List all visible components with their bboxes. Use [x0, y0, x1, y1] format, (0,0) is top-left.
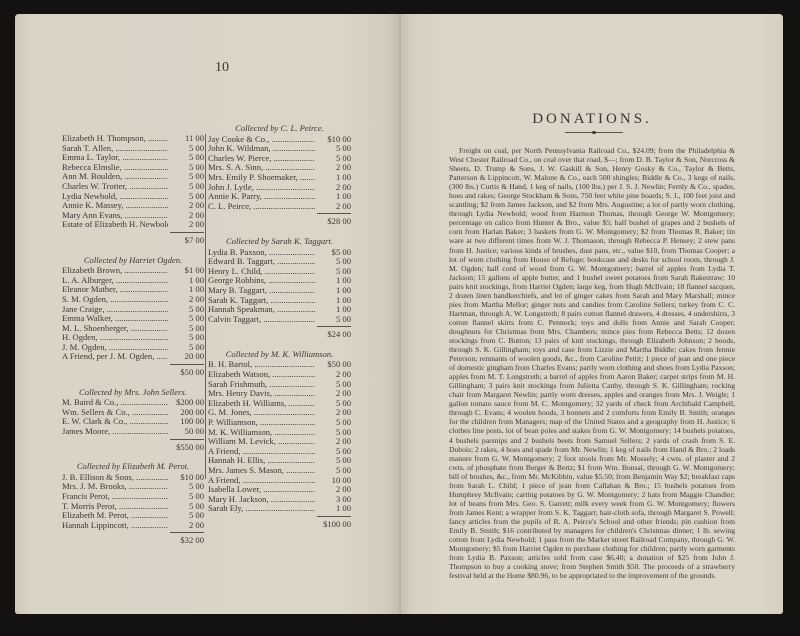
- donor-row: Sarah Frishmuth,5 00: [208, 380, 351, 390]
- donor-name: Estate of Elizabeth H. Newbold,: [62, 220, 168, 230]
- donor-row: Hannah Speakman,1 00: [208, 305, 351, 315]
- title-ornament-rule: [565, 132, 623, 133]
- donor-row: Emma L. Taylor,5 00: [62, 153, 204, 163]
- donor-amount: 2 00: [315, 202, 351, 212]
- donor-row: James Moore,50 00: [62, 427, 204, 437]
- donor-row: Francis Perot,5 00: [62, 492, 204, 502]
- donor-name: John K. Wildman,: [208, 144, 315, 154]
- donor-row: John J. Lytle,2 00: [208, 183, 351, 193]
- donor-name: G. M. Jones,: [208, 408, 315, 418]
- total-rule: [317, 516, 351, 517]
- donor-row: Charles W. Trotter,5 00: [62, 182, 204, 192]
- donor-row: George Robbins,1 00: [208, 276, 351, 286]
- donor-name: Hannah Lippincott,: [62, 521, 168, 531]
- donor-name: William M. Levick,: [208, 437, 315, 447]
- donor-name: Mrs. S. A. Sinn,: [208, 163, 315, 173]
- right-page: DONATIONS. Freight on coal, per North Pe…: [401, 14, 783, 614]
- donations-body: Freight on coal, per North Pennsylvania …: [449, 146, 735, 580]
- donor-row: Elizabeth M. Perot,5 00: [62, 511, 204, 521]
- donor-row: Sarah Ely,1 00: [208, 504, 351, 514]
- donor-row: B. H. Bartol,$50 00: [208, 360, 351, 370]
- donor-name: Mrs. J. M. Brooks,: [62, 482, 168, 492]
- donor-row: William M. Levick,2 00: [208, 437, 351, 447]
- donor-amount: 2 00: [168, 220, 204, 230]
- donor-name: Mrs. Henry Davis,: [208, 389, 315, 399]
- donor-name: Mrs. James S. Mason,: [208, 466, 315, 476]
- donor-name: M. Baird & Co.,: [62, 398, 168, 408]
- donor-row: Mrs. S. A. Sinn,2 00: [208, 163, 351, 173]
- donor-name: A Friend, per J. M. Ogden,: [62, 352, 168, 362]
- donor-name: Mary Ann Evans,: [62, 211, 168, 221]
- donor-row: Eleanor Mather,1 00: [62, 285, 204, 295]
- donor-name: Sarah Frishmuth,: [208, 380, 315, 390]
- donor-row: Calvin Taggart,5 00: [208, 315, 351, 325]
- donor-row: E. W. Clark & Co.,100 00: [62, 417, 204, 427]
- donor-name: Elizabeth Brown,: [62, 266, 168, 276]
- donor-row: M. K. Williamson,5 00: [208, 428, 351, 438]
- donor-row: Mrs. Henry Davis,2 00: [208, 389, 351, 399]
- donor-row: A Friend,5 00: [208, 447, 351, 457]
- donor-row: Annie K. Parry,1 00: [208, 192, 351, 202]
- donor-name: Elizabeth Watson,: [208, 370, 315, 380]
- donor-row: Mary H. Jackson,3 00: [208, 495, 351, 505]
- donor-name: Lydia Newbold,: [62, 192, 168, 202]
- donor-row: Sarah T. Allen,5 00: [62, 144, 204, 154]
- section-total: $28 00: [208, 217, 351, 227]
- donor-row: Mrs. James S. Mason,5 00: [208, 466, 351, 476]
- donor-name: Wm. Sellers & Co.,: [62, 408, 168, 418]
- section-total: $7 00: [62, 236, 204, 246]
- donor-name: J. M. Ogden,: [62, 343, 168, 353]
- donor-name: Sarah T. Allen,: [62, 144, 168, 154]
- donor-name: Sarah Ely,: [208, 504, 315, 514]
- donor-name: Annie K. Massey,: [62, 201, 168, 211]
- donor-row: Elizabeth H. Williams,5 00: [208, 399, 351, 409]
- donor-name: Hannah Speakman,: [208, 305, 315, 315]
- donor-name: Ann M. Boulden,: [62, 172, 168, 182]
- donor-name: P. Williamson,: [208, 418, 315, 428]
- donor-row: C. L. Peirce,2 00: [208, 202, 351, 212]
- donor-name: Mrs. Emily P. Shoemaker,: [208, 173, 315, 183]
- donor-row: L. A. Alburger,1 00: [62, 276, 204, 286]
- total-rule: [317, 326, 351, 327]
- donor-name: Elizabeth M. Perot,: [62, 511, 168, 521]
- donor-amount: 5 00: [315, 315, 351, 325]
- donor-row: Elizabeth Watson,2 00: [208, 370, 351, 380]
- donor-amount: 1 00: [315, 504, 351, 514]
- donor-row: Lydia B. Paxson,$5 00: [208, 248, 351, 258]
- donor-name: Edward B. Taggart,: [208, 257, 315, 267]
- donor-name: Francis Perot,: [62, 492, 168, 502]
- donor-row: G. M. Jones,2 00: [208, 408, 351, 418]
- donor-name: H. Ogden,: [62, 333, 168, 343]
- donor-row: Rebecca Elmslie,5 00: [62, 163, 204, 173]
- donor-row: A Friend, per J. M. Ogden,20 00: [62, 352, 204, 362]
- donor-name: A Friend,: [208, 447, 315, 457]
- donor-amount: 20 00: [168, 352, 204, 362]
- open-book: 10 Elizabeth H. Thompson,11 00Sarah T. A…: [15, 14, 783, 614]
- donor-name: Mary B. Taggart,: [208, 286, 315, 296]
- total-rule: [170, 232, 204, 233]
- donor-row: J. B. Ellison & Sons,$10 00: [62, 473, 204, 483]
- donor-name: Emma Walker,: [62, 314, 168, 324]
- donor-name: George Robbins,: [208, 276, 315, 286]
- donor-row: Sarah K. Taggart,1 00: [208, 296, 351, 306]
- collector-header: Collected by Mrs. John Sellers.: [62, 388, 204, 398]
- donor-name: Jane Craige,: [62, 305, 168, 315]
- donor-row: Edward B. Taggart,5 00: [208, 257, 351, 267]
- donor-row: Mrs. J. M. Brooks,5 00: [62, 482, 204, 492]
- donor-row: H. Ogden,5 00: [62, 333, 204, 343]
- section-total: $50 00: [62, 368, 204, 378]
- donor-name: John J. Lytle,: [208, 183, 315, 193]
- donor-row: Emma Walker,5 00: [62, 314, 204, 324]
- donor-row: S. M. Ogden,2 00: [62, 295, 204, 305]
- donor-name: E. W. Clark & Co.,: [62, 417, 168, 427]
- collector-header: Collected by Elizabeth M. Perot.: [62, 462, 204, 472]
- total-rule: [317, 213, 351, 214]
- donor-amount: 50 00: [168, 427, 204, 437]
- donor-row: Ann M. Boulden,5 00: [62, 172, 204, 182]
- donor-row: Jay Cooke & Co.,$10 00: [208, 135, 351, 145]
- donor-row: Mary Ann Evans,2 00: [62, 211, 204, 221]
- total-rule: [170, 532, 204, 533]
- donor-name: S. M. Ogden,: [62, 295, 168, 305]
- donor-name: Rebecca Elmslie,: [62, 163, 168, 173]
- donor-name: M. K. Williamson,: [208, 428, 315, 438]
- donor-row: Isabella Lower,2 00: [208, 485, 351, 495]
- donor-name: Lydia B. Paxson,: [208, 248, 315, 258]
- collector-header: Collected by C. L. Peirce.: [208, 124, 351, 134]
- donor-column-1: Elizabeth H. Thompson,11 00Sarah T. Alle…: [62, 134, 204, 546]
- donor-name: A Friend,: [208, 476, 315, 486]
- total-rule: [170, 439, 204, 440]
- donor-row: Mrs. Emily P. Shoemaker,1 00: [208, 173, 351, 183]
- donor-name: Henry L. Child,: [208, 267, 315, 277]
- donor-row: Lydia Newbold,5 00: [62, 192, 204, 202]
- donor-name: M. L. Shoenberger,: [62, 324, 168, 334]
- donor-row: Elizabeth Brown,$1 00: [62, 266, 204, 276]
- section-total: $550 00: [62, 443, 204, 453]
- donor-row: P. Williamson,5 00: [208, 418, 351, 428]
- donations-title: DONATIONS.: [401, 111, 783, 128]
- donor-row: Elizabeth H. Thompson,11 00: [62, 134, 204, 144]
- section-total: $100 00: [208, 520, 351, 530]
- donor-amount: 2 00: [168, 521, 204, 531]
- donor-name: Hannah H. Ellis,: [208, 456, 315, 466]
- donor-name: Isabella Lower,: [208, 485, 315, 495]
- donor-name: Charles W. Pierce,: [208, 154, 315, 164]
- donor-name: Elizabeth H. Thompson,: [62, 134, 168, 144]
- donor-row: Charles W. Pierce,5 00: [208, 154, 351, 164]
- donor-row: Henry L. Child,5 00: [208, 267, 351, 277]
- donor-row: J. M. Ogden,5 00: [62, 343, 204, 353]
- left-page: 10 Elizabeth H. Thompson,11 00Sarah T. A…: [15, 14, 401, 614]
- donor-row: Jane Craige,5 00: [62, 305, 204, 315]
- collector-header: Collected by M. K. Williamson.: [208, 350, 351, 360]
- donor-name: James Moore,: [62, 427, 168, 437]
- donor-name: Elizabeth H. Williams,: [208, 399, 315, 409]
- donor-name: Mary H. Jackson,: [208, 495, 315, 505]
- donor-column-2: Collected by C. L. Peirce.Jay Cooke & Co…: [208, 124, 351, 530]
- section-total: $24 00: [208, 330, 351, 340]
- section-total: $32 00: [62, 536, 204, 546]
- donor-row: Hannah H. Ellis,5 00: [208, 456, 351, 466]
- donor-row: M. L. Shoenberger,5 00: [62, 324, 204, 334]
- column-divider: [205, 134, 206, 479]
- donor-name: L. A. Alburger,: [62, 276, 168, 286]
- collector-header: Collected by Harriet Ogden.: [62, 256, 204, 266]
- donor-name: Emma L. Taylor,: [62, 153, 168, 163]
- donor-row: Annie K. Massey,2 00: [62, 201, 204, 211]
- donor-name: Calvin Taggart,: [208, 315, 315, 325]
- page-number: 10: [215, 60, 229, 76]
- donor-row: John K. Wildman,5 00: [208, 144, 351, 154]
- donor-row: T. Morris Perot,5 00: [62, 502, 204, 512]
- donor-row: Mary B. Taggart,1 00: [208, 286, 351, 296]
- donor-row: A Friend,10 00: [208, 476, 351, 486]
- donor-name: Eleanor Mather,: [62, 285, 168, 295]
- donor-name: Sarah K. Taggart,: [208, 296, 315, 306]
- donor-name: B. H. Bartol,: [208, 360, 315, 370]
- donor-name: Charles W. Trotter,: [62, 182, 168, 192]
- donor-name: T. Morris Perot,: [62, 502, 168, 512]
- collector-header: Collected by Sarah K. Taggart.: [208, 237, 351, 247]
- donor-row: Hannah Lippincott,2 00: [62, 521, 204, 531]
- donor-name: C. L. Peirce,: [208, 202, 315, 212]
- donor-name: Jay Cooke & Co.,: [208, 135, 315, 145]
- total-rule: [170, 364, 204, 365]
- donor-name: J. B. Ellison & Sons,: [62, 473, 168, 483]
- donor-name: Annie K. Parry,: [208, 192, 315, 202]
- donor-row: Estate of Elizabeth H. Newbold,2 00: [62, 220, 204, 230]
